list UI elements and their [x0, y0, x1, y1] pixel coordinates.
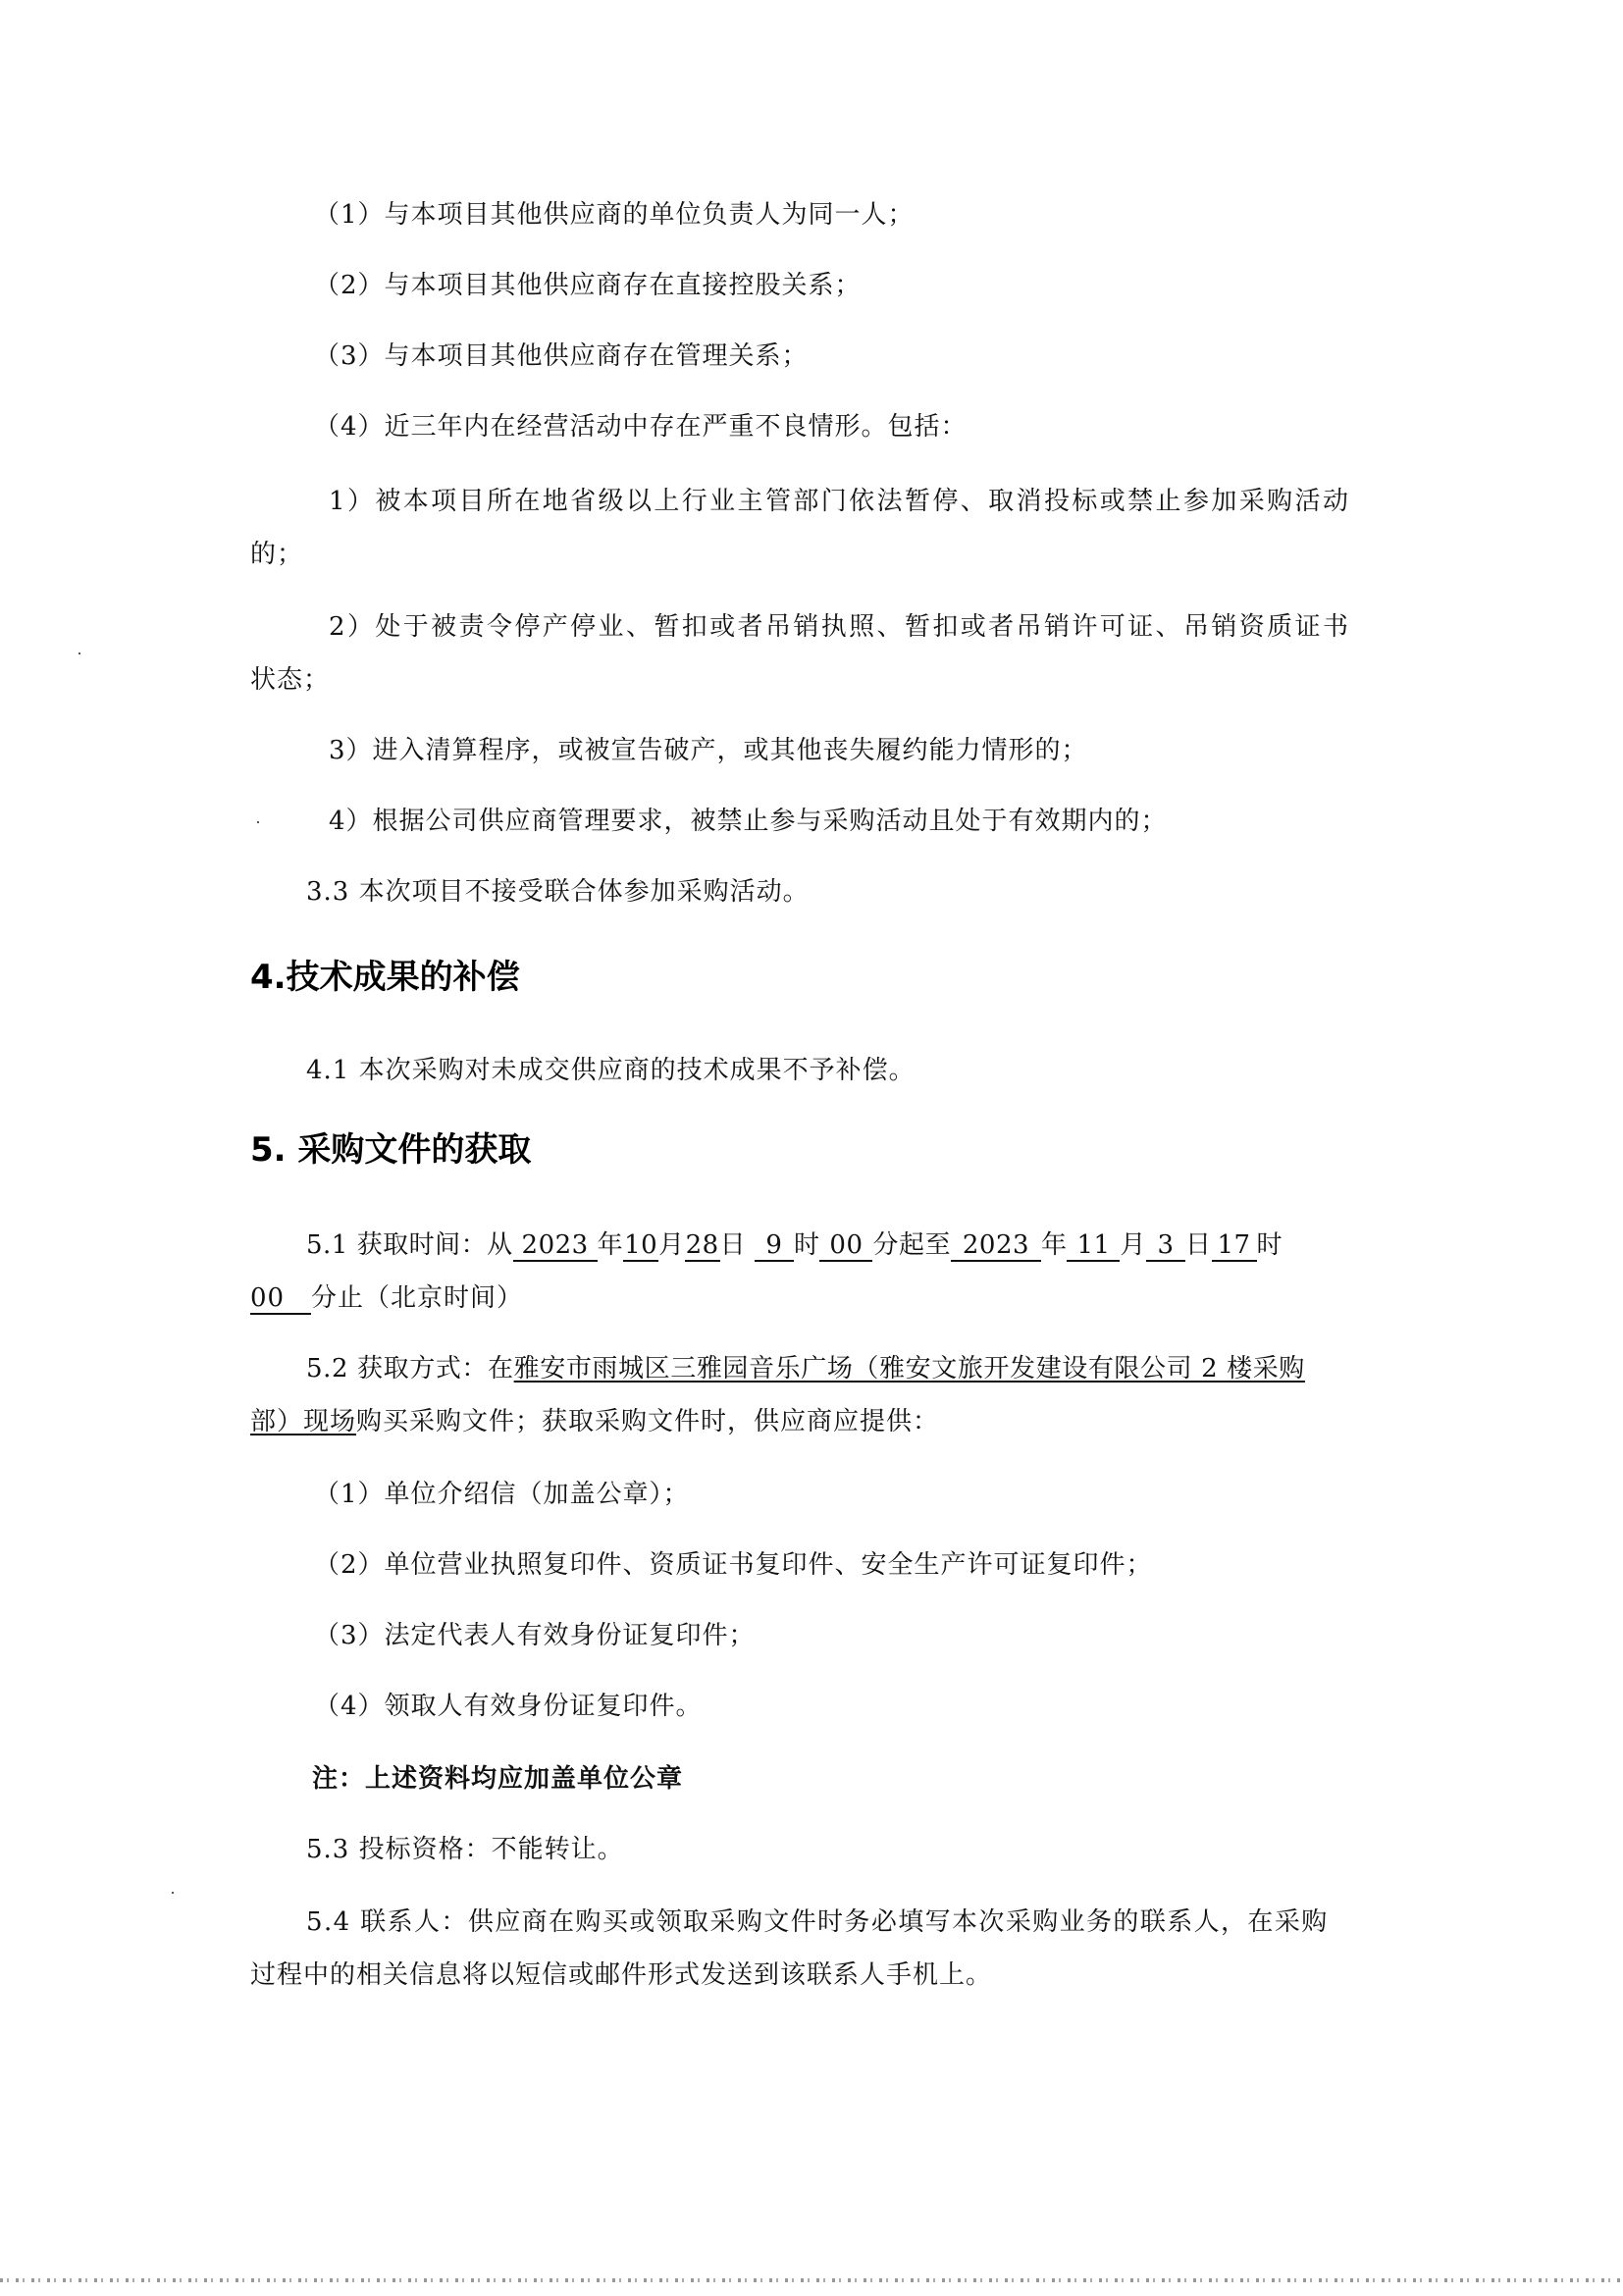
sub-item-1-line2: 的；: [250, 538, 303, 571]
required-doc-3: （3）法定代表人有效身份证复印件；: [314, 1619, 756, 1652]
required-doc-2: （2）单位营业执照复印件、资质证书复印件、安全生产许可证复印件；: [314, 1548, 1153, 1582]
sub-item-3: 3）进入清算程序，或被宣告破产，或其他丧失履约能力情形的；: [329, 734, 1088, 767]
start-day: 28: [685, 1230, 720, 1262]
scan-speck: [257, 821, 259, 823]
clause-5-2-line1: 5.2 获取方式：在雅安市雨城区三雅园音乐广场（雅安文旅开发建设有限公司 2 楼…: [306, 1352, 1305, 1385]
sub-item-2-line2: 状态；: [250, 663, 330, 697]
required-doc-4: （4）领取人有效身份证复印件。: [314, 1690, 703, 1723]
sub-item-4: 4）根据公司供应商管理要求，被禁止参与采购活动且处于有效期内的；: [329, 805, 1168, 838]
year-label: 年: [598, 1230, 624, 1260]
end-year: 2023: [951, 1230, 1041, 1262]
sub-item-1-line1: 1）被本项目所在地省级以上行业主管部门依法暂停、取消投标或禁止参加采购活动: [329, 485, 1350, 518]
end-hour: 17: [1212, 1230, 1257, 1262]
scan-noise-strip: [0, 2278, 1623, 2282]
clause-5-1-prefix: 5.1 获取时间：从: [306, 1230, 513, 1260]
clause-5-4-line2: 过程中的相关信息将以短信或邮件形式发送到该联系人手机上。: [250, 1958, 992, 1992]
end-hour-label: 时: [1257, 1230, 1283, 1260]
section-5-heading: 5. 采购文件的获取: [250, 1128, 531, 1172]
start-hour: 9: [755, 1230, 794, 1262]
end-day: 3: [1146, 1230, 1185, 1262]
end-month: 11: [1067, 1230, 1120, 1262]
hour-label: 时: [794, 1230, 820, 1260]
end-day-label: 日: [1185, 1230, 1212, 1260]
clause-5-2-line2: 部）现场购买采购文件；获取采购文件时，供应商应提供：: [250, 1405, 939, 1438]
purchase-location-cont: 部）现场: [250, 1407, 356, 1436]
clause-5-2-rest: 购买采购文件；获取采购文件时，供应商应提供：: [356, 1407, 939, 1436]
clause-5-2-prefix: 5.2 获取方式：在: [306, 1354, 514, 1383]
clause-3-3: 3.3 本次项目不接受联合体参加采购活动。: [306, 875, 810, 909]
start-minute: 00: [819, 1230, 872, 1262]
end-month-label: 月: [1120, 1230, 1146, 1260]
clause-5-1-line2: 00分止（北京时间）: [250, 1281, 523, 1315]
condition-item-1: （1）与本项目其他供应商的单位负责人为同一人；: [314, 198, 915, 232]
start-year: 2023: [513, 1230, 598, 1262]
condition-item-4: （4）近三年内在经营活动中存在严重不良情形。包括：: [314, 410, 968, 444]
condition-item-3: （3）与本项目其他供应商存在管理关系；: [314, 339, 809, 373]
end-year-label: 年: [1041, 1230, 1068, 1260]
clause-4-1: 4.1 本次采购对未成交供应商的技术成果不予补偿。: [306, 1054, 916, 1087]
note: 注：上述资料均应加盖单位公章: [312, 1762, 683, 1796]
clause-5-3: 5.3 投标资格：不能转让。: [306, 1833, 624, 1866]
required-doc-1: （1）单位介绍信（加盖公章）；: [314, 1478, 690, 1511]
condition-item-2: （2）与本项目其他供应商存在直接控股关系；: [314, 269, 862, 302]
clause-5-1-suffix: 分止（北京时间）: [311, 1283, 523, 1313]
section-4-heading: 4.技术成果的补偿: [250, 956, 520, 999]
purchase-location: 雅安市雨城区三雅园音乐广场（雅安文旅开发建设有限公司 2 楼采购: [514, 1354, 1305, 1383]
clause-5-4-line1: 5.4 联系人：供应商在购买或领取采购文件时务必填写本次采购业务的联系人，在采购: [306, 1905, 1329, 1939]
sub-item-2-line1: 2）处于被责令停产停业、暂扣或者吊销执照、暂扣或者吊销许可证、吊销资质证书: [329, 610, 1350, 644]
start-month: 10: [623, 1230, 658, 1262]
month-label: 月: [658, 1230, 685, 1260]
clause-5-1-line1: 5.1 获取时间：从2023年10月28日 9时00分起至2023年11月3日1…: [306, 1228, 1283, 1262]
scan-speck: [172, 1892, 174, 1894]
end-minute: 00: [250, 1283, 311, 1315]
minute-label-start: 分起至: [872, 1230, 951, 1260]
day-label: 日: [720, 1230, 747, 1260]
scan-speck: [79, 652, 80, 654]
